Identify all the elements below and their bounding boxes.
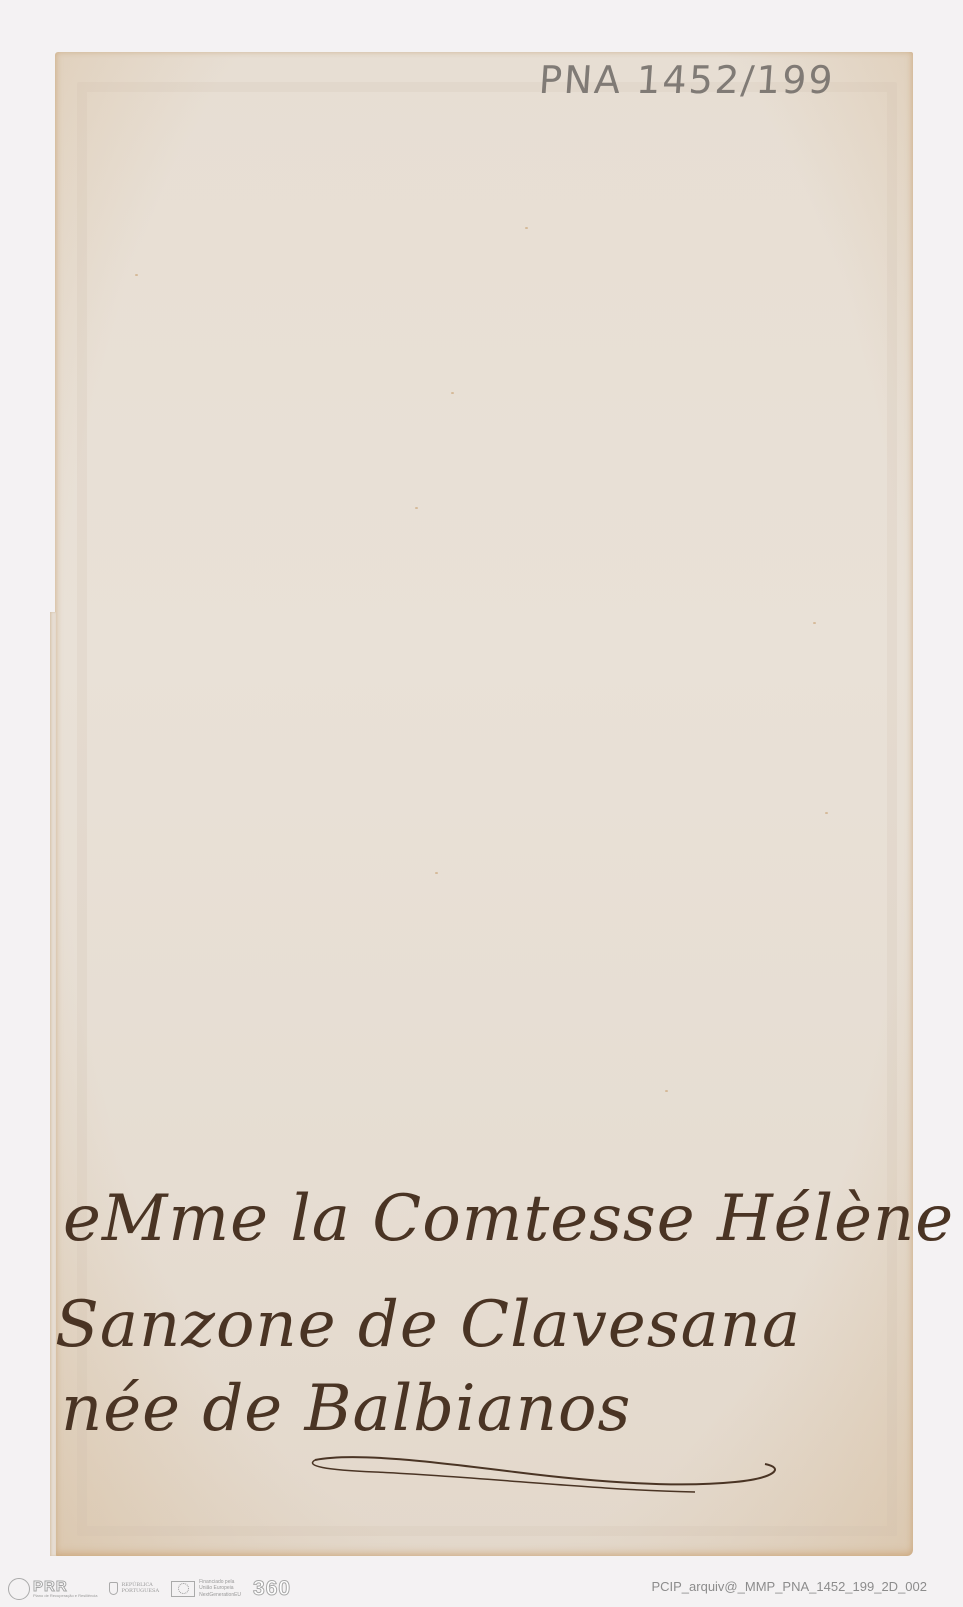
eu-line-3: NextGenerationEU <box>199 1592 241 1598</box>
republica-line-2: PORTUGUESA <box>121 1589 159 1595</box>
paper-speck <box>451 392 454 394</box>
paper-speck <box>813 622 816 624</box>
republica-portuguesa-logo: REPÚBLICA PORTUGUESA <box>109 1582 159 1595</box>
eu-stars-icon <box>178 1583 189 1594</box>
funding-logos: PRR Plano de Recuperação e Resiliência R… <box>8 1570 291 1607</box>
prr-subtitle: Plano de Recuperação e Resiliência <box>33 1594 97 1598</box>
coat-of-arms-icon <box>109 1582 118 1595</box>
prr-logo: PRR Plano de Recuperação e Resiliência <box>8 1578 97 1600</box>
brand-360-logo: 360 <box>253 1577 291 1601</box>
address-line-3: née de Balbianos <box>61 1372 631 1446</box>
prr-map-icon <box>8 1578 30 1600</box>
pencil-reference-number: PNA 1452/199 <box>537 58 836 102</box>
paper-speck <box>135 274 138 276</box>
paper-speck <box>525 227 528 229</box>
paper-speck <box>415 507 418 509</box>
paper-speck <box>825 812 828 814</box>
address-line-1: eMme la Comtesse Hélène <box>63 1182 954 1256</box>
handwritten-address: eMme la Comtesse Hélène Sanzone de Clave… <box>55 1172 913 1512</box>
eu-funding-logo: Financiado pela União Europeia NextGener… <box>171 1579 241 1598</box>
paper-speck <box>435 872 438 874</box>
underline-flourish-icon <box>295 1442 795 1502</box>
paper-card: PNA 1452/199 eMme la Comtesse Hélène San… <box>55 52 913 1556</box>
file-identifier: PCIP_arquiv@_MMP_PNA_1452_199_2D_002 <box>651 1579 927 1594</box>
document-viewer: PNA 1452/199 eMme la Comtesse Hélène San… <box>0 0 963 1607</box>
footer-bar: PRR Plano de Recuperação e Resiliência R… <box>0 1570 963 1607</box>
eu-flag-icon <box>171 1581 195 1597</box>
address-line-2: Sanzone de Clavesana <box>55 1288 801 1362</box>
prr-label: PRR <box>33 1579 97 1594</box>
paper-speck <box>665 1090 668 1092</box>
